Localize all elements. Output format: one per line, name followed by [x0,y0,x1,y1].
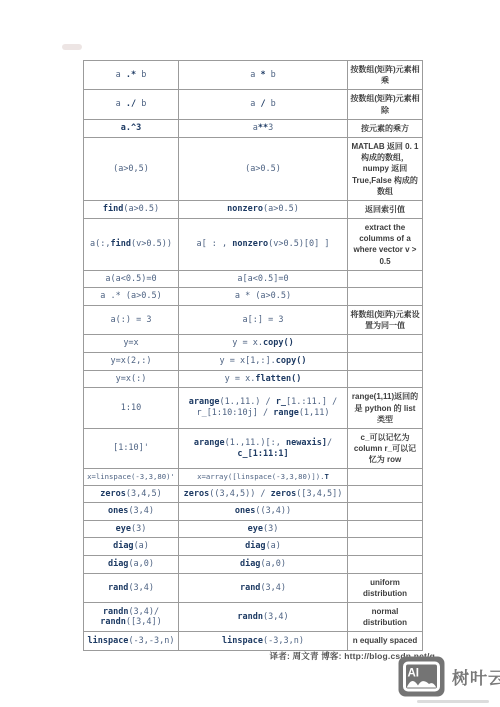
table-body: a .* ba * b按数组(矩阵)元素相乘a ./ ba / b按数组(矩阵)… [84,61,423,651]
matlab-numpy-table: a .* ba * b按数组(矩阵)元素相乘a ./ ba / b按数组(矩阵)… [83,60,423,651]
numpy-cell: x=array([linspace(-3,3,80)]).T [179,469,348,485]
watermark: AI 树叶云 [398,656,500,697]
matlab-cell: y=x [84,335,179,353]
numpy-cell: a[a<0.5]=0 [179,270,348,288]
description-cell [348,503,423,521]
matlab-cell: y=x(:) [84,370,179,388]
matlab-cell: a.^3 [84,119,179,137]
matlab-cell: y=x(2,:) [84,353,179,371]
matlab-cell: linspace(-3,-3,n) [84,632,179,650]
description-cell: extract the columms of a where vector v … [348,219,423,271]
description-cell [348,270,423,288]
table-row: 1:10arange(1.,11.) / r_[1.:11.] / r_[1:1… [84,388,423,429]
matlab-cell: [1:10]' [84,428,179,469]
table-row: y=x(:)y = x.flatten() [84,370,423,388]
table-row: a(:,find(v>0.5))a[ : , nonzero(v>0.5)[0]… [84,219,423,271]
description-cell: 按元素的乘方 [348,119,423,137]
description-cell: n equally spaced [348,632,423,650]
table-row: linspace(-3,-3,n)linspace(-3,3,n)n equal… [84,632,423,650]
matlab-cell: a .* b [84,61,179,90]
numpy-cell: randn(3,4) [179,603,348,632]
table-row: a.^3a**3按元素的乘方 [84,119,423,137]
matlab-cell: diag(a,0) [84,556,179,574]
numpy-cell: (a>0.5) [179,137,348,200]
description-cell: uniform distribution [348,573,423,602]
description-cell: normal distribution [348,603,423,632]
numpy-cell: arange(1.,11.) / r_[1.:11.] / r_[1:10:10… [179,388,348,429]
table-row: [1:10]'arange(1.,11.)[:, newaxis]/ c_[1:… [84,428,423,469]
matlab-cell: diag(a) [84,538,179,556]
numpy-cell: a * b [179,61,348,90]
table-row: a .* (a>0.5)a * (a>0.5) [84,288,423,306]
matlab-cell: a ./ b [84,90,179,119]
numpy-cell: arange(1.,11.)[:, newaxis]/ c_[1:11:1] [179,428,348,469]
numpy-cell: a**3 [179,119,348,137]
matlab-cell: (a>0,5) [84,137,179,200]
description-cell [348,556,423,574]
numpy-cell: diag(a,0) [179,556,348,574]
description-cell: MATLAB 返回 0. 1 构成的数组，numpy 返回 True,False… [348,137,423,200]
table-row: a(a<0.5)=0a[a<0.5]=0 [84,270,423,288]
description-cell [348,335,423,353]
table-row: x=linspace(-3,3,80)'x=array([linspace(-3… [84,469,423,485]
table-row: ones(3,4)ones((3,4)) [84,503,423,521]
numpy-cell: a[ : , nonzero(v>0.5)[0] ] [179,219,348,271]
table-row: diag(a)diag(a) [84,538,423,556]
numpy-cell: a[:] = 3 [179,306,348,335]
numpy-cell: a / b [179,90,348,119]
matlab-cell: eye(3) [84,520,179,538]
numpy-cell: ones((3,4)) [179,503,348,521]
description-cell [348,469,423,485]
footer-credit: 译者: 周文青 博客: http://blog.csdn.net/q [150,650,435,662]
table-row: rand(3,4)rand(3,4)uniform distribution [84,573,423,602]
numpy-cell: nonzero(a>0.5) [179,200,348,218]
description-cell: 将数组(矩阵)元素设置为同一值 [348,306,423,335]
matlab-cell: ones(3,4) [84,503,179,521]
page-artifact [62,44,82,50]
watermark-fineprint [417,700,489,703]
description-cell: 按数组(矩阵)元素相乘 [348,61,423,90]
matlab-cell: 1:10 [84,388,179,429]
description-cell [348,370,423,388]
table-row: eye(3)eye(3) [84,520,423,538]
description-cell: 按数组(矩阵)元素相除 [348,90,423,119]
numpy-cell: zeros((3,4,5)) / zeros([3,4,5]) [179,485,348,503]
description-cell [348,353,423,371]
numpy-cell: y = x[1,:].copy() [179,353,348,371]
matlab-cell: a(a<0.5)=0 [84,270,179,288]
ai-image-icon: AI [398,656,445,697]
description-cell [348,485,423,503]
matlab-cell: find(a>0.5) [84,200,179,218]
table-row: y=xy = x.copy() [84,335,423,353]
table-row: zeros(3,4,5)zeros((3,4,5)) / zeros([3,4,… [84,485,423,503]
table-row: randn(3,4)/ randn([3,4])randn(3,4)normal… [84,603,423,632]
numpy-cell: diag(a) [179,538,348,556]
watermark-brand: 树叶云 [452,664,500,689]
numpy-cell: rand(3,4) [179,573,348,602]
table-row: a .* ba * b按数组(矩阵)元素相乘 [84,61,423,90]
description-cell [348,538,423,556]
description-cell: range(1,11)返回的是 python 的 list 类型 [348,388,423,429]
matlab-cell: x=linspace(-3,3,80)' [84,469,179,485]
description-cell [348,288,423,306]
matlab-cell: a .* (a>0.5) [84,288,179,306]
numpy-cell: y = x.flatten() [179,370,348,388]
table-row: a ./ ba / b按数组(矩阵)元素相除 [84,90,423,119]
matlab-cell: a(:) = 3 [84,306,179,335]
matlab-cell: zeros(3,4,5) [84,485,179,503]
numpy-cell: linspace(-3,3,n) [179,632,348,650]
table-row: (a>0,5)(a>0.5)MATLAB 返回 0. 1 构成的数组，numpy… [84,137,423,200]
numpy-cell: y = x.copy() [179,335,348,353]
description-cell [348,520,423,538]
description-cell: c_可以记忆为 column r_可以记忆为 row [348,428,423,469]
table-row: find(a>0.5)nonzero(a>0.5)返回索引值 [84,200,423,218]
description-cell: 返回索引值 [348,200,423,218]
matlab-cell: rand(3,4) [84,573,179,602]
table-row: y=x(2,:)y = x[1,:].copy() [84,353,423,371]
svg-text:AI: AI [408,668,420,680]
table-row: diag(a,0)diag(a,0) [84,556,423,574]
matlab-cell: randn(3,4)/ randn([3,4]) [84,603,179,632]
numpy-cell: a * (a>0.5) [179,288,348,306]
table-row: a(:) = 3a[:] = 3将数组(矩阵)元素设置为同一值 [84,306,423,335]
numpy-cell: eye(3) [179,520,348,538]
matlab-cell: a(:,find(v>0.5)) [84,219,179,271]
